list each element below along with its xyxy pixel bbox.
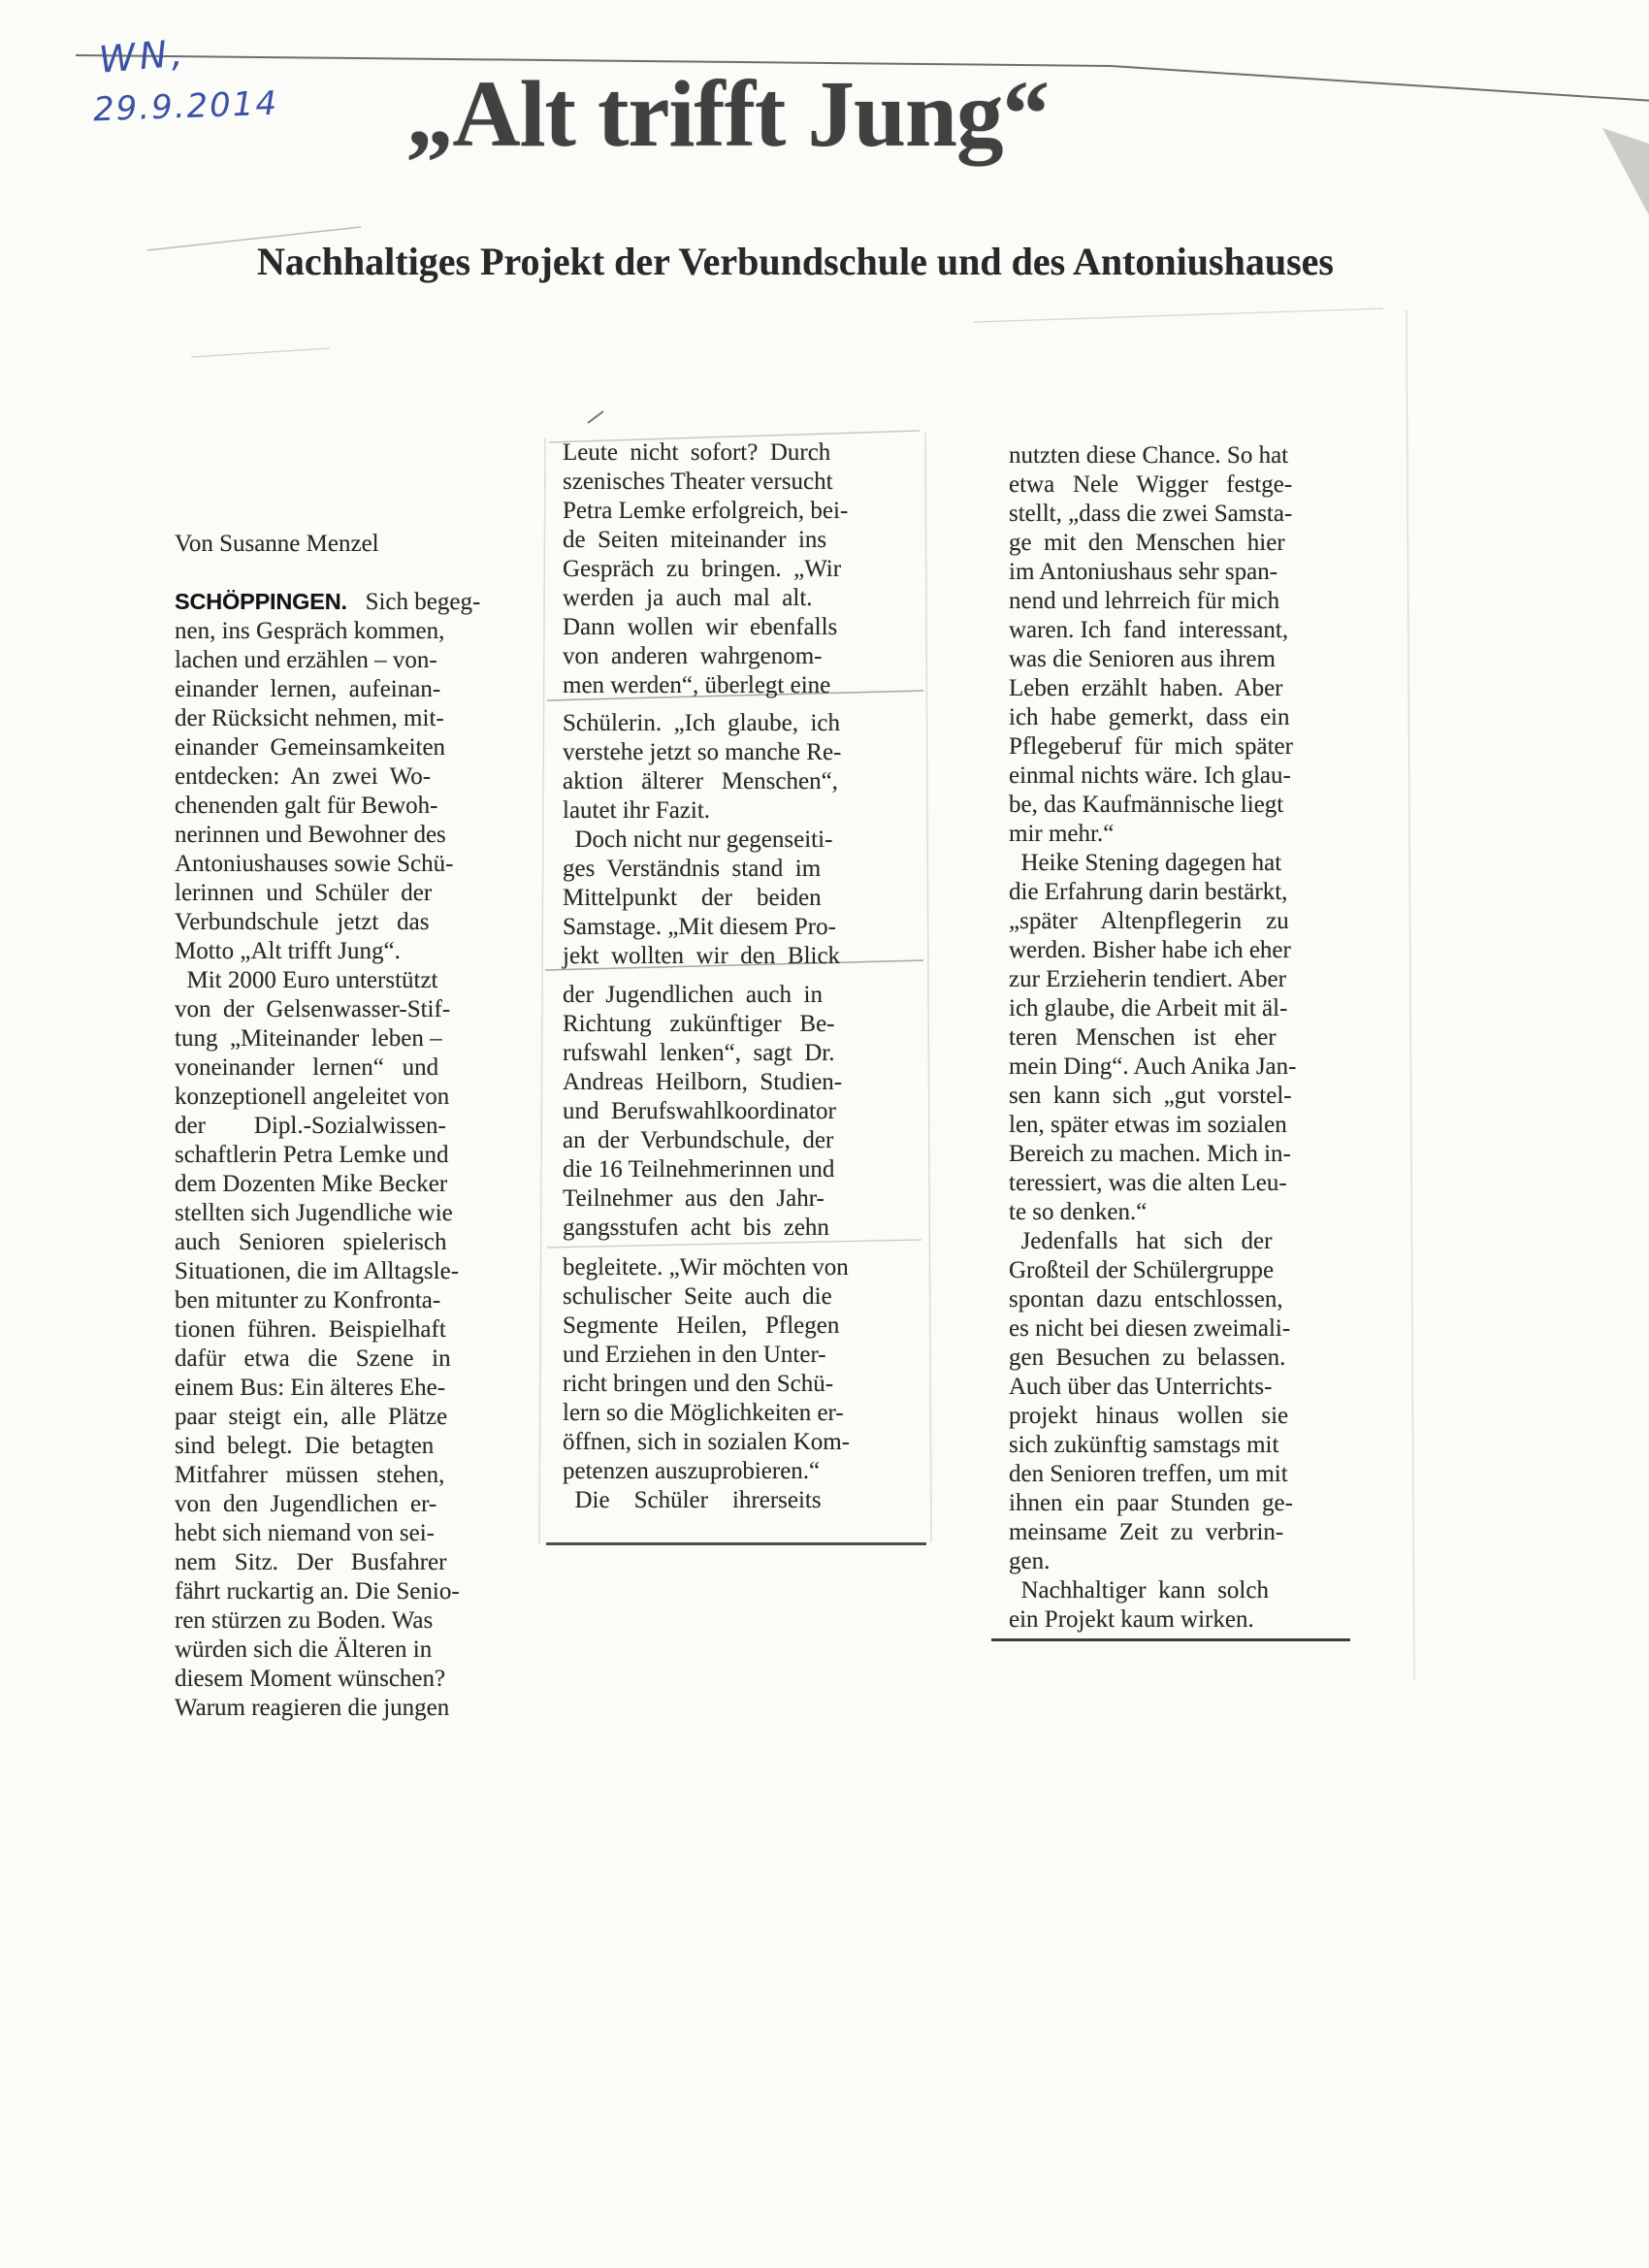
article-column-left: SCHÖPPINGEN. Sich begeg- nen, ins Gesprä… <box>175 587 516 1723</box>
article-column-middle-strip-4: begleitete. „Wir möchten von schulischer… <box>563 1253 904 1515</box>
article-column-middle-strip-3: der Jugendlichen auch in Richtung zukünf… <box>563 981 904 1243</box>
column-left-text: Sich begeg- nen, ins Gespräch kommen, la… <box>175 589 480 1721</box>
pen-tick-mark <box>588 411 603 423</box>
strip2-right-edge <box>925 433 931 1542</box>
byline: Von Susanne Menzel <box>175 530 379 559</box>
strip1-cut-edge <box>191 348 330 357</box>
page-curl <box>1602 128 1649 215</box>
strip3-right-edge <box>1406 310 1414 1680</box>
scanned-newspaper-clipping: WN, 29.9.2014 „Alt trifft Jung“ Nachhalt… <box>0 0 1649 2268</box>
article-end-rule <box>991 1638 1350 1641</box>
article-column-right: nutzten diese Chance. So hat etwa Nele W… <box>1009 441 1350 1635</box>
strip3-top-edge <box>974 308 1383 322</box>
strip2-left-edge <box>539 438 545 1544</box>
dateline: SCHÖPPINGEN. <box>175 589 347 614</box>
article-subtitle: Nachhaltiges Projekt der Verbundschule u… <box>136 239 1455 284</box>
article-column-middle-strip-1: Leute nicht sofort? Durch szenisches The… <box>563 438 904 700</box>
article-column-middle-strip-2: Schülerin. „Ich glaube, ich verstehe jet… <box>563 709 904 971</box>
handwritten-source-note: WN, <box>97 31 188 81</box>
column-middle-bottom-rule <box>546 1542 926 1545</box>
article-title: „Alt trifft Jung“ <box>291 60 1164 168</box>
handwritten-date-note: 29.9.2014 <box>92 84 278 130</box>
